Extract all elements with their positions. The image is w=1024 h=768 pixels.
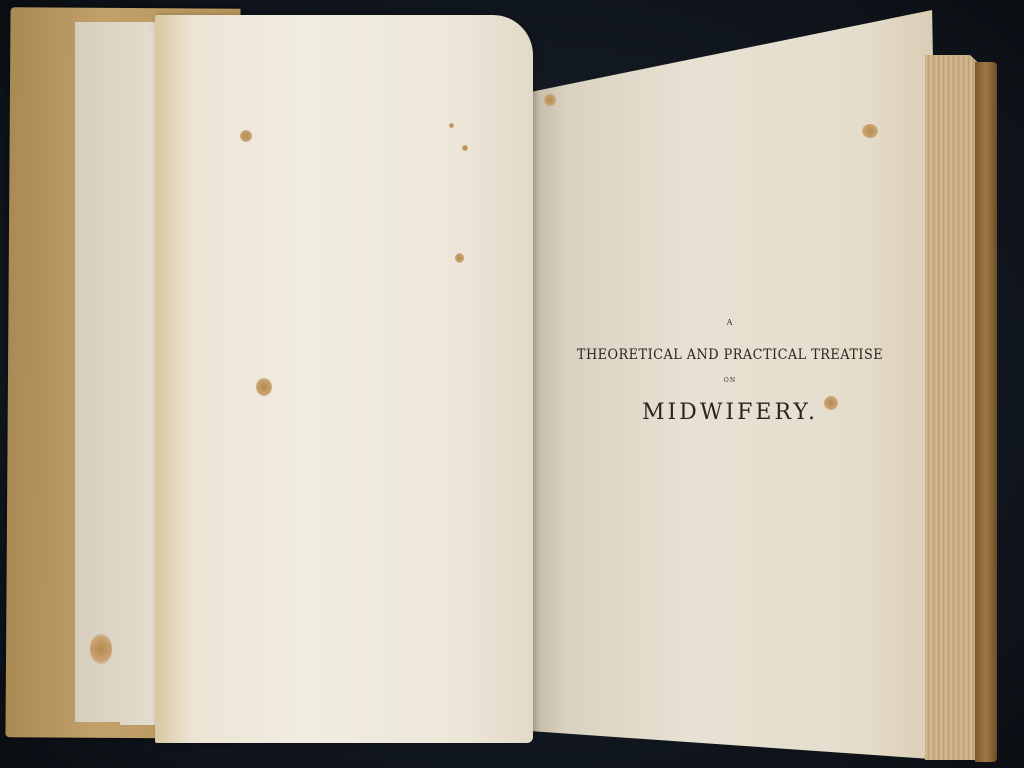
foxing-stain — [455, 253, 464, 263]
foxing-stain — [240, 130, 252, 142]
title-article: A — [530, 318, 930, 327]
foxing-stain — [90, 634, 112, 664]
title-main-line: THEORETICAL AND PRACTICAL TREATISE — [546, 347, 914, 363]
foxing-stain — [862, 124, 878, 138]
foxing-stain — [256, 378, 272, 396]
blank-verso-page — [155, 15, 533, 743]
title-preposition: ON — [530, 377, 930, 384]
foxing-stain — [462, 145, 468, 151]
foxing-stain — [544, 94, 556, 106]
title-subject: MIDWIFERY. — [530, 400, 930, 425]
book-front-cover-edge — [975, 62, 997, 762]
title-page-text: A THEORETICAL AND PRACTICAL TREATISE ON … — [530, 318, 930, 425]
foxing-stain — [449, 123, 454, 128]
